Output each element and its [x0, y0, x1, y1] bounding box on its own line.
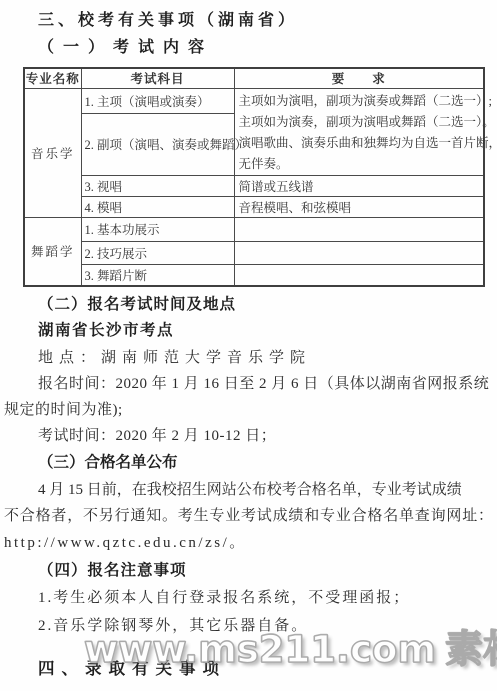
- qualified-line1: 4 月 15 日前，在我校招生网站公布校考合格名单，专业考试成绩: [38, 480, 462, 500]
- exam-table: 专业名称 考试科目 要 求 音乐学 1. 主项（演唱或演奏） 主项如为演唱，副项…: [23, 67, 485, 287]
- watermark: www.ms211.com素材: [84, 618, 497, 673]
- cell-subject-main: 1. 主项（演唱或演奏）: [81, 88, 234, 113]
- qualified-line2: 不合格者，不另行通知。考生专业考试成绩和专业合格名单查询网址：: [4, 506, 494, 526]
- cell-subject-skills: 2. 技巧展示: [81, 241, 234, 264]
- heading-qualified-list: （三）合格名单公布: [38, 453, 178, 473]
- section3-title: 三、校考有关事项（湖南省）: [38, 11, 298, 31]
- table-row: 音乐学 1. 主项（演唱或演奏） 主项如为演唱，副项为演奏或舞蹈（二选一）; 主…: [24, 88, 484, 113]
- cell-major-dance: 舞蹈学: [24, 217, 81, 286]
- cell-major-music: 音乐学: [24, 88, 81, 217]
- cell-subject-basics: 1. 基本功展示: [81, 217, 234, 241]
- requirement-line: 演唱歌曲、演奏乐曲和独舞均为自选一首片断，: [239, 133, 484, 154]
- requirement-line: 主项如为演唱，副项为演奏或舞蹈（二选一）;: [239, 91, 484, 112]
- table-row: 3. 视唱 简谱或五线谱: [24, 175, 484, 196]
- registration-time-line1: 报名时间：2020 年 1 月 16 日至 2 月 6 日（具体以湖南省网报系统: [38, 374, 489, 394]
- cell-subject-sight-singing: 3. 视唱: [81, 175, 234, 196]
- col-header-major: 专业名称: [24, 68, 81, 88]
- exam-site-name: 湖南省长沙市考点: [38, 321, 174, 341]
- heading-time-place: （二）报名考试时间及地点: [38, 295, 236, 315]
- cell-requirement-main: 主项如为演唱，副项为演奏或舞蹈（二选一）; 主项如为演奏，副项为演唱或舞蹈（二选…: [234, 88, 484, 175]
- cell-requirement-sight-singing: 简谱或五线谱: [234, 175, 484, 196]
- table-header-row: 专业名称 考试科目 要 求: [24, 68, 484, 88]
- table-row: 2. 技巧展示: [24, 241, 484, 264]
- cell-requirement-empty: [234, 241, 484, 264]
- exam-time-line: 考试时间：2020 年 2 月 10-12 日；: [38, 426, 276, 446]
- watermark-url-text: www.ms211.com: [84, 628, 436, 671]
- col-header-subject: 考试科目: [81, 68, 234, 88]
- col-header-requirement: 要 求: [234, 68, 484, 88]
- result-query-url: http://www.qztc.edu.cn/zs/。: [4, 533, 247, 553]
- table-row: 3. 舞蹈片断: [24, 264, 484, 286]
- cell-subject-imitation: 4. 模唱: [81, 196, 234, 217]
- registration-time-line2: 规定的时间为准);: [4, 400, 123, 420]
- cell-subject-dance-fragment: 3. 舞蹈片断: [81, 264, 234, 286]
- address-line: 地点：湖南师范大学音乐学院: [38, 348, 311, 368]
- document-page: 三、校考有关事项（湖南省） （一）考试内容 专业名称 考试科目 要 求 音乐学 …: [0, 0, 497, 691]
- requirement-line: 无伴奏。: [239, 154, 484, 175]
- table-row: 4. 模唱 音程模唱、和弦模唱: [24, 196, 484, 217]
- cell-subject-secondary: 2. 副项（演唱、演奏或舞蹈）: [81, 113, 234, 175]
- watermark-cjk-text: 素材: [445, 627, 497, 671]
- table-row: 舞蹈学 1. 基本功展示: [24, 217, 484, 241]
- cell-requirement-imitation: 音程模唱、和弦模唱: [234, 196, 484, 217]
- requirement-line: 主项如为演奏，副项为演唱或舞蹈（二选一）。: [239, 112, 484, 133]
- cell-requirement-empty: [234, 264, 484, 286]
- heading-exam-content: （一）考试内容: [38, 38, 213, 58]
- heading-notes: （四）报名注意事项: [38, 561, 187, 581]
- note-item-1: 1.考生必须本人自行登录报名系统，不受理函报；: [38, 588, 410, 608]
- cell-requirement-empty: [234, 217, 484, 241]
